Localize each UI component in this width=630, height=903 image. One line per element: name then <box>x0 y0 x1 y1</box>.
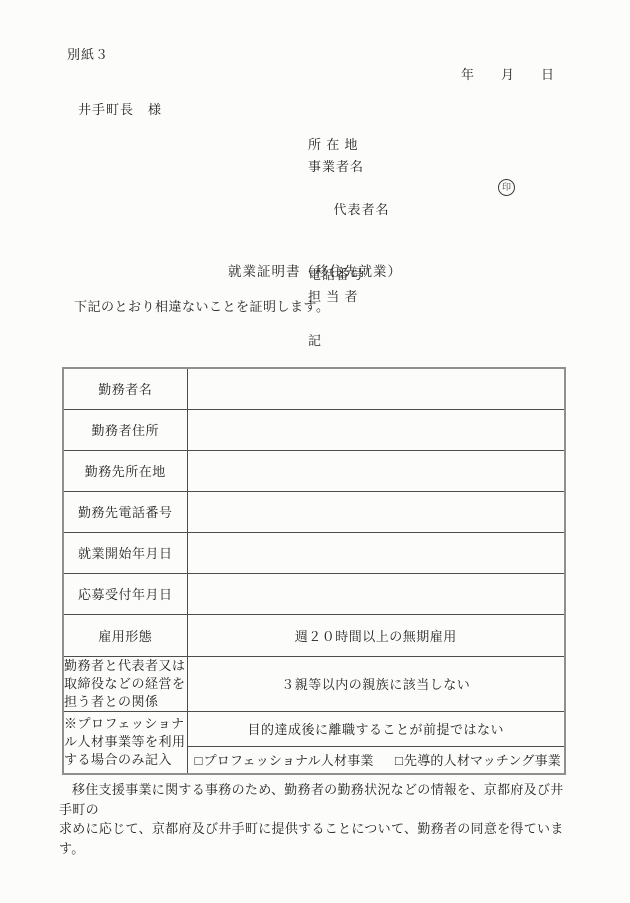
addressee: 井手町長 様 <box>78 99 162 118</box>
ki-marker: 記 <box>0 330 630 349</box>
row-label: 勤務先所在地 <box>63 450 187 491</box>
certification-statement: 下記のとおり相違ないことを証明します。 <box>74 296 329 315</box>
row-label: 雇用形態 <box>63 614 187 656</box>
row-label-line: 取締役などの経営を <box>64 675 187 693</box>
row-value <box>187 450 565 491</box>
checkbox-row: □プロフェッショナル人材事業 □先導的人材マッチング事業 <box>188 750 565 769</box>
seal-mark-icon: 印 <box>498 179 515 196</box>
table-row-worker-address: 勤務者住所 <box>63 409 565 450</box>
row-value <box>187 532 565 573</box>
row-value <box>187 491 565 532</box>
checkbox-label: プロフェッショナル人材事業 <box>204 753 374 768</box>
row-value: 目的達成後に離職することが前提ではない <box>187 711 565 746</box>
table-row-application-date: 応募受付年月日 <box>63 573 565 614</box>
row-label: 勤務者名 <box>63 368 187 409</box>
sender-location-label: 所 在 地 <box>308 134 390 156</box>
table-row-employment-type: 雇用形態 週２０時間以上の無期雇用 <box>63 614 565 656</box>
row-label: 勤務者と代表者又は 取締役などの経営を 担う者との関係 <box>63 656 187 711</box>
table-row-relationship: 勤務者と代表者又は 取締役などの経営を 担う者との関係 ３親等以内の親族に該当し… <box>63 656 565 711</box>
date-day-label: 日 <box>541 64 554 83</box>
sender-block: 所 在 地 事業者名 代表者名 印 電話番号 担 当 者 <box>308 134 390 308</box>
row-label-line: ル人材事業等を利用 <box>64 733 187 751</box>
row-value: 週２０時間以上の無期雇用 <box>187 614 565 656</box>
date-line: 年 月 日 <box>461 64 554 83</box>
row-label: 勤務先電話番号 <box>63 491 187 532</box>
table-row-employment-start-date: 就業開始年月日 <box>63 532 565 573</box>
document-title: 就業証明書（移住先就業） <box>0 260 630 280</box>
sender-business-name-label: 事業者名 <box>308 156 390 178</box>
date-year-label: 年 <box>461 64 474 83</box>
table-row-professional-program: ※プロフェッショナ ル人材事業等を利用 する場合のみ記入 目的達成後に離職するこ… <box>63 711 565 746</box>
checkbox-icon: □ <box>395 753 403 768</box>
checkbox-option-professional: □プロフェッショナル人材事業 <box>195 750 374 769</box>
row-label: ※プロフェッショナ ル人材事業等を利用 する場合のみ記入 <box>63 711 187 774</box>
row-label: 応募受付年月日 <box>63 573 187 614</box>
checkbox-icon: □ <box>195 753 203 768</box>
row-label-line: 勤務者と代表者又は <box>64 657 187 675</box>
row-value: ３親等以内の親族に該当しない <box>187 656 565 711</box>
sender-representative-label: 代表者名 <box>334 202 390 217</box>
row-label-line: 担う者との関係 <box>64 693 187 711</box>
attachment-label: 別紙３ <box>67 44 109 63</box>
row-label-line: する場合のみ記入 <box>64 751 187 769</box>
checkbox-option-matching: □先導的人材マッチング事業 <box>395 750 561 769</box>
row-label: 就業開始年月日 <box>63 532 187 573</box>
footer-line: 求めに応じて、京都府及び井手町に提供することについて、勤務者の同意を得ています。 <box>59 819 571 858</box>
date-month-label: 月 <box>501 64 514 83</box>
checkbox-label: 先導的人材マッチング事業 <box>404 753 561 768</box>
table-row-workplace-phone: 勤務先電話番号 <box>63 491 565 532</box>
row-value <box>187 368 565 409</box>
row-label-line: ※プロフェッショナ <box>64 715 187 733</box>
employment-certificate-table: 勤務者名 勤務者住所 勤務先所在地 勤務先電話番号 就業開始年月日 応募受付年月… <box>62 367 566 775</box>
sender-representative-line: 代表者名 印 <box>308 177 390 264</box>
footer-note: 移住支援事業に関する事務のため、勤務者の勤務状況などの情報を、京都府及び井手町の… <box>59 780 571 858</box>
document-page: 別紙３ 年 月 日 井手町長 様 所 在 地 事業者名 代表者名 印 電話番号 … <box>0 0 630 903</box>
table-row-worker-name: 勤務者名 <box>63 368 565 409</box>
footer-line: 移住支援事業に関する事務のため、勤務者の勤務状況などの情報を、京都府及び井手町の <box>59 780 571 819</box>
row-value <box>187 573 565 614</box>
table-row-workplace-address: 勤務先所在地 <box>63 450 565 491</box>
row-label: 勤務者住所 <box>63 409 187 450</box>
row-value <box>187 409 565 450</box>
checkbox-cell: □プロフェッショナル人材事業 □先導的人材マッチング事業 <box>187 746 565 774</box>
